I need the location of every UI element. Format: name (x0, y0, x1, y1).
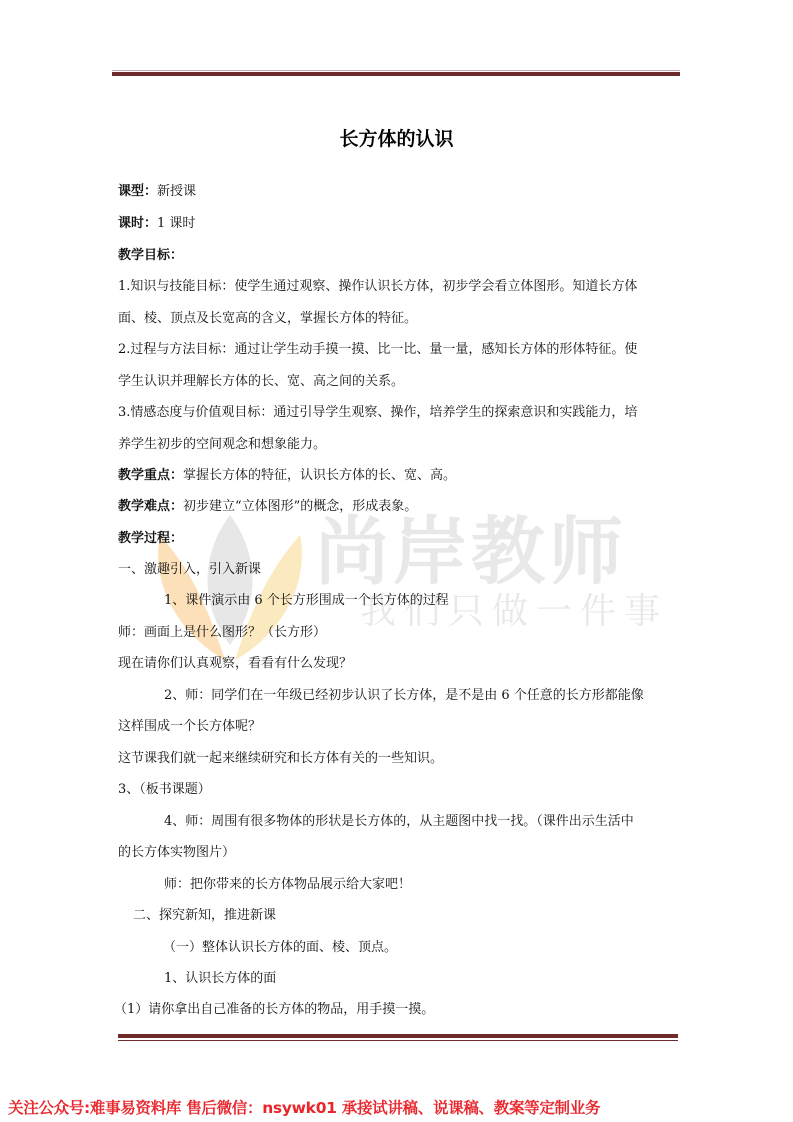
duration-label: 课时： (118, 216, 157, 231)
objective-1-line-1: 1.知识与技能目标：使学生通过观察、操作认识长方体，初步学会看立体图形。知道长方… (118, 278, 637, 296)
process-line: 4、师：周围有很多物体的形状是长方体的，从主题图中找一找。（课件出示生活中 (118, 813, 634, 831)
process-line: 这节课我们就一起来继续研究和长方体有关的一些知识。 (118, 750, 443, 768)
footer-rule (118, 1034, 678, 1042)
key-point-value: 掌握长方体的特征，认识长方体的长、宽、高。 (183, 468, 456, 483)
document-title: 长方体的认识 (0, 124, 793, 151)
objective-1-line-2: 面、棱、顶点及长宽高的含义，掌握长方体的特征。 (118, 310, 417, 328)
process-line: 3、（板书课题） (118, 781, 211, 799)
objective-3-line-2: 养学生初步的空间观念和想象能力。 (118, 436, 326, 454)
process-line: 的长方体实物图片） (118, 844, 235, 862)
course-type-value: 新授课 (157, 184, 196, 199)
process-line: 这样围成一个长方体呢？ (118, 718, 261, 736)
objectives-heading: 教学目标： (118, 247, 183, 265)
watermark-logo-icon (140, 495, 320, 675)
key-point: 教学重点：掌握长方体的特征，认识长方体的长、宽、高。 (118, 467, 456, 485)
process-line: 二、探究新知，推进新课 (118, 907, 276, 925)
process-line: 2、师：同学们在一年级已经初步认识了长方体，是不是由 6 个任意的长方形都能像 (118, 687, 644, 705)
footer-rule-thin (118, 1040, 678, 1041)
process-line: 师：把你带来的长方体物品展示给大家吧！ (118, 876, 411, 894)
objective-2-line-2: 学生认识并理解长方体的长、宽、高之间的关系。 (118, 373, 404, 391)
process-line: 1、认识长方体的面 (118, 970, 276, 988)
difficulty-value: 初步建立“立体图形”的概念，形成表象。 (183, 499, 417, 514)
footer-promo-text: 关注公众号:难事易资料库 售后微信：nsywk01 承接试讲稿、说课稿、教案等定… (8, 1096, 788, 1118)
process-heading: 教学过程： (118, 530, 183, 548)
objective-2-line-1: 2.过程与方法目标：通过让学生动手摸一摸、比一比、量一量，感知长方体的形体特征。… (118, 341, 637, 359)
duration-value: 1 课时 (157, 216, 195, 231)
difficulty: 教学难点：初步建立“立体图形”的概念，形成表象。 (118, 498, 417, 516)
process-line: 一、激趣引入，引入新课 (118, 561, 261, 579)
course-type-label: 课型： (118, 184, 157, 199)
process-line: 现在请你们认真观察，看看有什么发现？ (118, 655, 352, 673)
process-line: （一）整体认识长方体的面、棱、顶点。 (118, 939, 397, 957)
duration: 课时：1 课时 (118, 215, 195, 233)
header-rule-thick (112, 72, 680, 76)
difficulty-label: 教学难点： (118, 499, 183, 514)
process-line: 师：画面上是什么图形？（长方形） (118, 624, 326, 642)
process-line: （1）请你拿出自己准备的长方体的物品，用手摸一摸。 (114, 1001, 434, 1019)
header-rule-thin (112, 70, 680, 71)
objective-3-line-1: 3.情感态度与价值观目标：通过引导学生观察、操作，培养学生的探索意识和实践能力，… (118, 404, 637, 422)
course-type: 课型：新授课 (118, 183, 196, 201)
header-rule (112, 70, 680, 77)
key-point-label: 教学重点： (118, 468, 183, 483)
process-line: 1、课件演示由 6 个长方形围成一个长方体的过程 (118, 592, 449, 610)
footer-rule-thick (118, 1034, 678, 1038)
